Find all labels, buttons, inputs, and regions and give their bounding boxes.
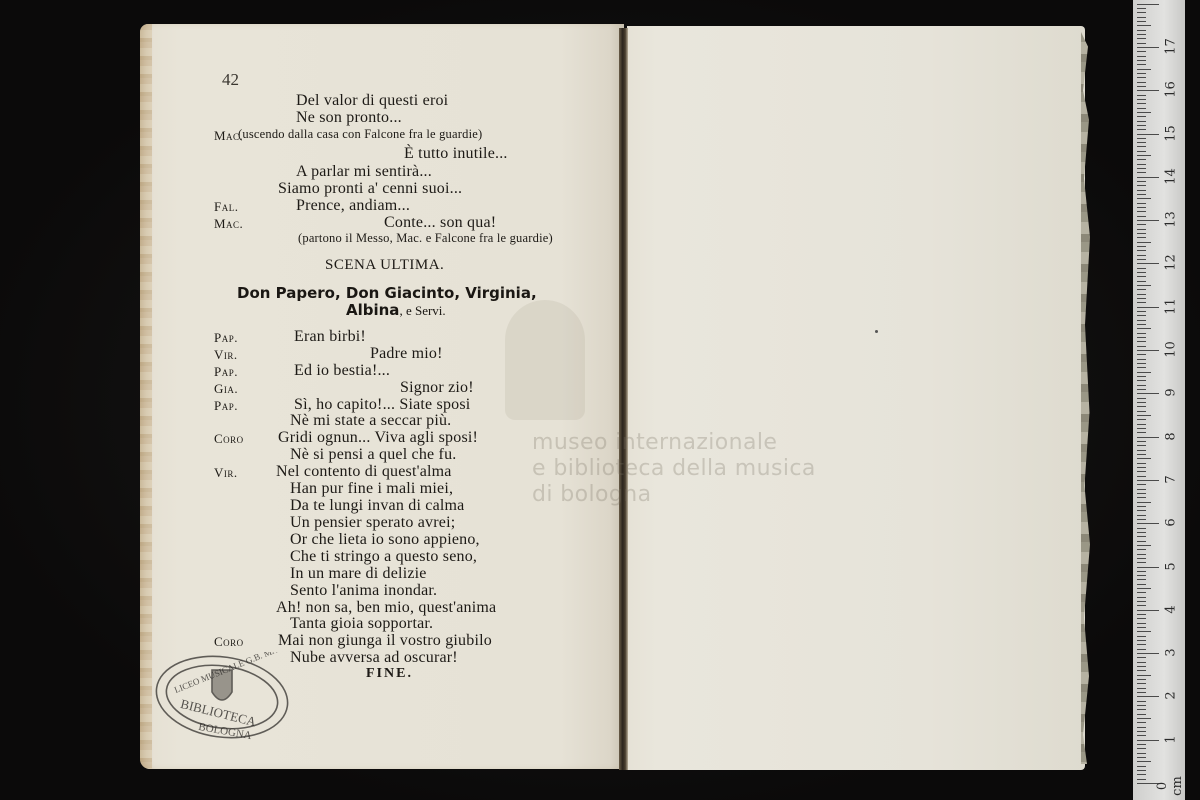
ruler-tick bbox=[1137, 458, 1151, 459]
verse-line: Han pur fine i mali miei, bbox=[290, 480, 453, 497]
measurement-ruler: 0 cm1234567891011121314151617 bbox=[1133, 0, 1185, 800]
ruler-tick bbox=[1137, 294, 1146, 295]
speaker-label: Gia. bbox=[214, 381, 238, 397]
speaker-label: Mac. bbox=[214, 216, 243, 232]
right-page-blank bbox=[627, 26, 1085, 770]
verse-line: Prence, andiam... bbox=[296, 197, 410, 214]
scene-heading: SCENA ULTIMA. bbox=[325, 257, 444, 274]
ruler-tick bbox=[1137, 774, 1146, 775]
ruler-tick bbox=[1137, 242, 1151, 243]
ruler-tick bbox=[1137, 432, 1146, 433]
ruler-tick bbox=[1137, 4, 1159, 5]
ruler-tick bbox=[1137, 493, 1146, 494]
ruler-number: 9 bbox=[1164, 383, 1179, 403]
watermark-logo bbox=[505, 300, 585, 420]
ruler-tick bbox=[1137, 588, 1151, 589]
ruler-tick bbox=[1137, 285, 1151, 286]
ruler-tick bbox=[1137, 463, 1146, 464]
ruler-tick bbox=[1137, 272, 1146, 273]
ruler-number: 17 bbox=[1164, 36, 1179, 56]
ruler-tick bbox=[1137, 25, 1151, 26]
ruler-tick bbox=[1137, 450, 1146, 451]
ruler-number: 6 bbox=[1164, 513, 1179, 533]
ruler-tick bbox=[1137, 770, 1146, 771]
ruler-tick bbox=[1137, 112, 1151, 113]
speaker-label: Vir. bbox=[214, 347, 238, 363]
ruler-tick bbox=[1137, 207, 1146, 208]
ruler-tick bbox=[1137, 69, 1151, 70]
ruler-tick bbox=[1137, 506, 1146, 507]
ruler-tick bbox=[1137, 259, 1146, 260]
verse-line: È tutto inutile... bbox=[404, 145, 508, 162]
ruler-tick bbox=[1137, 376, 1146, 377]
ruler-number: 10 bbox=[1164, 340, 1179, 360]
speaker-label: Coro bbox=[214, 431, 244, 447]
ruler-tick bbox=[1137, 445, 1146, 446]
ruler-tick bbox=[1137, 328, 1151, 329]
ruler-tick bbox=[1137, 640, 1146, 641]
ruler-tick bbox=[1137, 224, 1146, 225]
ruler-zero-label: 0 cm bbox=[1155, 771, 1185, 800]
ruler-tick bbox=[1137, 194, 1146, 195]
ruler-tick bbox=[1137, 601, 1146, 602]
ruler-tick bbox=[1137, 558, 1146, 559]
speaker-label: Coro bbox=[214, 634, 244, 650]
ruler-tick bbox=[1137, 592, 1146, 593]
ruler-tick bbox=[1137, 614, 1146, 615]
ruler-tick bbox=[1137, 220, 1159, 221]
ruler-tick bbox=[1137, 627, 1146, 628]
ruler-tick bbox=[1137, 281, 1146, 282]
stage-direction: (partono il Messo, Mac. e Falcone fra le… bbox=[298, 230, 553, 247]
ruler-tick bbox=[1137, 268, 1146, 269]
ruler-tick bbox=[1137, 683, 1146, 684]
ruler-tick bbox=[1137, 437, 1159, 438]
ruler-tick bbox=[1137, 696, 1159, 697]
cast-list-line-1: Don Papero, Don Giacinto, Virginia, bbox=[237, 284, 537, 302]
ruler-number: 4 bbox=[1164, 599, 1179, 619]
ruler-tick bbox=[1137, 623, 1146, 624]
ruler-tick bbox=[1137, 675, 1151, 676]
cast-servants: , e Servi. bbox=[399, 303, 445, 318]
watermark-line-3: di bologna bbox=[532, 482, 651, 508]
ruler-tick bbox=[1137, 108, 1146, 109]
ruler-number: 5 bbox=[1164, 556, 1179, 576]
ruler-tick bbox=[1137, 77, 1146, 78]
ruler-tick bbox=[1137, 203, 1146, 204]
speaker-label: Fal. bbox=[214, 199, 238, 215]
ruler-tick bbox=[1137, 471, 1146, 472]
ruler-tick bbox=[1137, 554, 1146, 555]
ruler-number: 11 bbox=[1164, 296, 1179, 316]
page-number: 42 bbox=[222, 70, 239, 90]
ruler-tick bbox=[1137, 727, 1146, 728]
verse-line: Sì, ho capito!... Siate sposi bbox=[294, 396, 470, 413]
ruler-tick bbox=[1137, 679, 1146, 680]
cast-name-albina: Albina bbox=[346, 301, 399, 319]
ruler-tick bbox=[1137, 657, 1146, 658]
verse-line: Ah! non sa, ben mio, quest'anima bbox=[276, 599, 496, 616]
ruler-tick bbox=[1137, 142, 1146, 143]
ruler-tick bbox=[1137, 709, 1146, 710]
ruler-tick bbox=[1137, 571, 1146, 572]
ruler-tick bbox=[1137, 519, 1146, 520]
verse-line: Nube avversa ad oscurar! bbox=[290, 649, 458, 666]
ruler-tick bbox=[1137, 233, 1146, 234]
ruler-tick bbox=[1137, 454, 1146, 455]
ruler-tick bbox=[1137, 389, 1146, 390]
ruler-tick bbox=[1137, 103, 1146, 104]
verse-line: Padre mio! bbox=[370, 345, 443, 362]
ruler-tick bbox=[1137, 155, 1151, 156]
ruler-tick bbox=[1137, 172, 1146, 173]
ruler-tick bbox=[1137, 549, 1146, 550]
ruler-tick bbox=[1137, 359, 1146, 360]
speaker-label: Vir. bbox=[214, 465, 238, 481]
ruler-tick bbox=[1137, 116, 1146, 117]
ruler-tick bbox=[1137, 597, 1146, 598]
ruler-tick bbox=[1137, 467, 1146, 468]
ruler-tick bbox=[1137, 618, 1146, 619]
ruler-tick bbox=[1137, 415, 1151, 416]
ruler-tick bbox=[1137, 489, 1146, 490]
ruler-tick bbox=[1137, 393, 1159, 394]
ruler-tick bbox=[1137, 250, 1146, 251]
ruler-tick bbox=[1137, 276, 1146, 277]
book-gutter bbox=[619, 28, 628, 770]
ruler-tick bbox=[1137, 731, 1146, 732]
ruler-tick bbox=[1137, 545, 1151, 546]
ruler-tick bbox=[1137, 38, 1146, 39]
ruler-tick bbox=[1137, 714, 1146, 715]
ruler-tick bbox=[1137, 541, 1146, 542]
ruler-tick bbox=[1137, 333, 1146, 334]
ruler-tick bbox=[1137, 406, 1146, 407]
verse-line: Signor zio! bbox=[400, 379, 474, 396]
ruler-tick bbox=[1137, 562, 1146, 563]
ruler-tick bbox=[1137, 718, 1151, 719]
cast-list-line-2: Albina, e Servi. bbox=[346, 301, 446, 319]
verse-line: Del valor di questi eroi bbox=[296, 92, 448, 109]
verse-line: Ne son pronto... bbox=[296, 109, 402, 126]
verse-line: Sento l'anima inondar. bbox=[290, 582, 437, 599]
ruler-number: 13 bbox=[1164, 210, 1179, 230]
ruler-tick bbox=[1137, 125, 1146, 126]
ruler-tick bbox=[1137, 424, 1146, 425]
ruler-tick bbox=[1137, 164, 1146, 165]
ruler-tick bbox=[1137, 766, 1146, 767]
ruler-tick bbox=[1137, 567, 1159, 568]
stage-direction: (uscendo dalla casa con Falcone fra le g… bbox=[238, 126, 482, 143]
ruler-tick bbox=[1137, 21, 1146, 22]
watermark-line-2: e biblioteca della musica bbox=[532, 456, 816, 482]
ruler-tick bbox=[1137, 151, 1146, 152]
ruler-tick bbox=[1137, 229, 1146, 230]
verse-line: Un pensier sperato avrei; bbox=[290, 514, 455, 531]
verse-line: Nè si pensi a quel che fu. bbox=[290, 446, 456, 463]
ruler-tick bbox=[1137, 631, 1151, 632]
verse-line: Che ti stringo a questo seno, bbox=[290, 548, 477, 565]
ruler-tick bbox=[1137, 12, 1146, 13]
ruler-tick bbox=[1137, 636, 1146, 637]
ruler-tick bbox=[1137, 43, 1146, 44]
end-text: FINE. bbox=[366, 666, 413, 682]
ruler-tick bbox=[1137, 740, 1159, 741]
ruler-tick bbox=[1137, 367, 1146, 368]
ruler-tick bbox=[1137, 121, 1146, 122]
ruler-tick bbox=[1137, 341, 1146, 342]
paper-speck bbox=[875, 330, 878, 333]
verse-line: Gridi ognun... Viva agli sposi! bbox=[278, 429, 478, 446]
ruler-number: 3 bbox=[1164, 643, 1179, 663]
ruler-tick bbox=[1137, 211, 1146, 212]
watermark-line-1: museo internazionale bbox=[532, 430, 777, 456]
ruler-tick bbox=[1137, 138, 1146, 139]
ruler-tick bbox=[1137, 649, 1146, 650]
ruler-tick bbox=[1137, 610, 1159, 611]
ruler-tick bbox=[1137, 532, 1146, 533]
verse-line: In un mare di delizie bbox=[290, 565, 427, 582]
verse-line: Eran birbi! bbox=[294, 328, 366, 345]
verse-line: Da te lungi invan di calma bbox=[290, 497, 464, 514]
ruler-tick bbox=[1137, 372, 1151, 373]
ruler-tick bbox=[1137, 255, 1146, 256]
ruler-tick bbox=[1137, 705, 1146, 706]
ruler-tick bbox=[1137, 216, 1146, 217]
ruler-tick bbox=[1137, 302, 1146, 303]
ruler-tick bbox=[1137, 753, 1146, 754]
ruler-tick bbox=[1137, 73, 1146, 74]
ruler-tick bbox=[1137, 350, 1159, 351]
ruler-tick bbox=[1137, 515, 1146, 516]
ruler-tick bbox=[1137, 528, 1146, 529]
ruler-tick bbox=[1137, 82, 1146, 83]
ruler-tick bbox=[1137, 428, 1146, 429]
verse-line: Ed io bestia!... bbox=[294, 362, 390, 379]
ruler-tick bbox=[1137, 129, 1146, 130]
ruler-tick bbox=[1137, 779, 1146, 780]
ruler-tick bbox=[1137, 419, 1146, 420]
ruler-tick bbox=[1137, 484, 1146, 485]
ruler-tick bbox=[1137, 237, 1146, 238]
verse-line: Conte... son qua! bbox=[384, 214, 496, 231]
ruler-tick bbox=[1137, 198, 1151, 199]
ruler-tick bbox=[1137, 324, 1146, 325]
ruler-tick bbox=[1137, 30, 1146, 31]
ruler-tick bbox=[1137, 346, 1146, 347]
ruler-tick bbox=[1137, 64, 1146, 65]
ruler-tick bbox=[1137, 51, 1146, 52]
verse-line: Or che lieta io sono appieno, bbox=[290, 531, 480, 548]
ruler-tick bbox=[1137, 47, 1159, 48]
ruler-tick bbox=[1137, 99, 1146, 100]
ruler-tick bbox=[1137, 735, 1146, 736]
ruler-tick bbox=[1137, 337, 1146, 338]
ruler-tick bbox=[1137, 670, 1146, 671]
ruler-tick bbox=[1137, 402, 1146, 403]
ruler-tick bbox=[1137, 146, 1146, 147]
ruler-tick bbox=[1137, 722, 1146, 723]
ruler-tick bbox=[1137, 411, 1146, 412]
ruler-tick bbox=[1137, 86, 1146, 87]
ruler-number: 1 bbox=[1164, 729, 1179, 749]
ruler-tick bbox=[1137, 289, 1146, 290]
ruler-tick bbox=[1137, 385, 1146, 386]
ruler-tick bbox=[1137, 605, 1146, 606]
ruler-tick bbox=[1137, 497, 1146, 498]
ruler-tick bbox=[1137, 398, 1146, 399]
ruler-tick bbox=[1137, 363, 1146, 364]
ruler-tick bbox=[1137, 168, 1146, 169]
ruler-tick bbox=[1137, 575, 1146, 576]
ruler-tick bbox=[1137, 380, 1146, 381]
ruler-tick bbox=[1137, 95, 1146, 96]
ruler-tick bbox=[1137, 757, 1146, 758]
ruler-tick bbox=[1137, 246, 1146, 247]
ruler-tick bbox=[1137, 311, 1146, 312]
ruler-tick bbox=[1137, 748, 1146, 749]
ruler-tick bbox=[1137, 8, 1146, 9]
ruler-tick bbox=[1137, 662, 1146, 663]
verse-line: Mai non giunga il vostro giubilo bbox=[278, 632, 492, 649]
speaker-label: Pap. bbox=[214, 398, 238, 414]
ruler-tick bbox=[1137, 263, 1159, 264]
ruler-tick bbox=[1137, 692, 1146, 693]
verse-line: Nè mi state a seccar più. bbox=[290, 412, 451, 429]
ruler-number: 7 bbox=[1164, 469, 1179, 489]
ruler-tick bbox=[1137, 653, 1159, 654]
speaker-label: Pap. bbox=[214, 364, 238, 380]
ruler-tick bbox=[1137, 536, 1146, 537]
ruler-tick bbox=[1137, 159, 1146, 160]
ruler-tick bbox=[1137, 56, 1146, 57]
ruler-tick bbox=[1137, 298, 1146, 299]
ruler-tick bbox=[1137, 320, 1146, 321]
library-stamp: LICEO MUSICALE G.B. MARTINI BIBLIOTECA B… bbox=[152, 652, 292, 742]
ruler-tick bbox=[1137, 510, 1146, 511]
verse-line: Tanta gioia sopportar. bbox=[290, 615, 433, 632]
ruler-number: 12 bbox=[1164, 253, 1179, 273]
ruler-tick bbox=[1137, 60, 1146, 61]
ruler-tick bbox=[1137, 761, 1151, 762]
ruler-tick bbox=[1137, 90, 1159, 91]
ruler-number: 14 bbox=[1164, 166, 1179, 186]
ruler-number: 8 bbox=[1164, 426, 1179, 446]
ruler-tick bbox=[1137, 315, 1146, 316]
ruler-tick bbox=[1137, 502, 1151, 503]
ruler-tick bbox=[1137, 579, 1146, 580]
ruler-tick bbox=[1137, 523, 1159, 524]
ruler-tick bbox=[1137, 181, 1146, 182]
verse-line: Siamo pronti a' cenni suoi... bbox=[278, 180, 462, 197]
ruler-tick bbox=[1137, 441, 1146, 442]
ruler-tick bbox=[1137, 744, 1146, 745]
ruler-tick bbox=[1137, 666, 1146, 667]
ruler-tick bbox=[1137, 185, 1146, 186]
ruler-tick bbox=[1137, 34, 1146, 35]
verse-line: Nel contento di quest'alma bbox=[276, 463, 452, 480]
ruler-number: 15 bbox=[1164, 123, 1179, 143]
ruler-tick bbox=[1137, 134, 1159, 135]
ruler-tick bbox=[1137, 307, 1159, 308]
ruler-tick bbox=[1137, 476, 1146, 477]
ruler-tick bbox=[1137, 584, 1146, 585]
ruler-tick bbox=[1137, 480, 1159, 481]
speaker-label: Pap. bbox=[214, 330, 238, 346]
ruler-tick bbox=[1137, 688, 1146, 689]
ruler-number: 16 bbox=[1164, 80, 1179, 100]
ruler-tick bbox=[1137, 644, 1146, 645]
ruler-number: 2 bbox=[1164, 686, 1179, 706]
ruler-tick bbox=[1137, 701, 1146, 702]
verse-line: A parlar mi sentirà... bbox=[296, 163, 432, 180]
ruler-tick bbox=[1137, 190, 1146, 191]
ruler-tick bbox=[1137, 17, 1146, 18]
ruler-tick bbox=[1137, 354, 1146, 355]
ruler-tick bbox=[1137, 177, 1159, 178]
